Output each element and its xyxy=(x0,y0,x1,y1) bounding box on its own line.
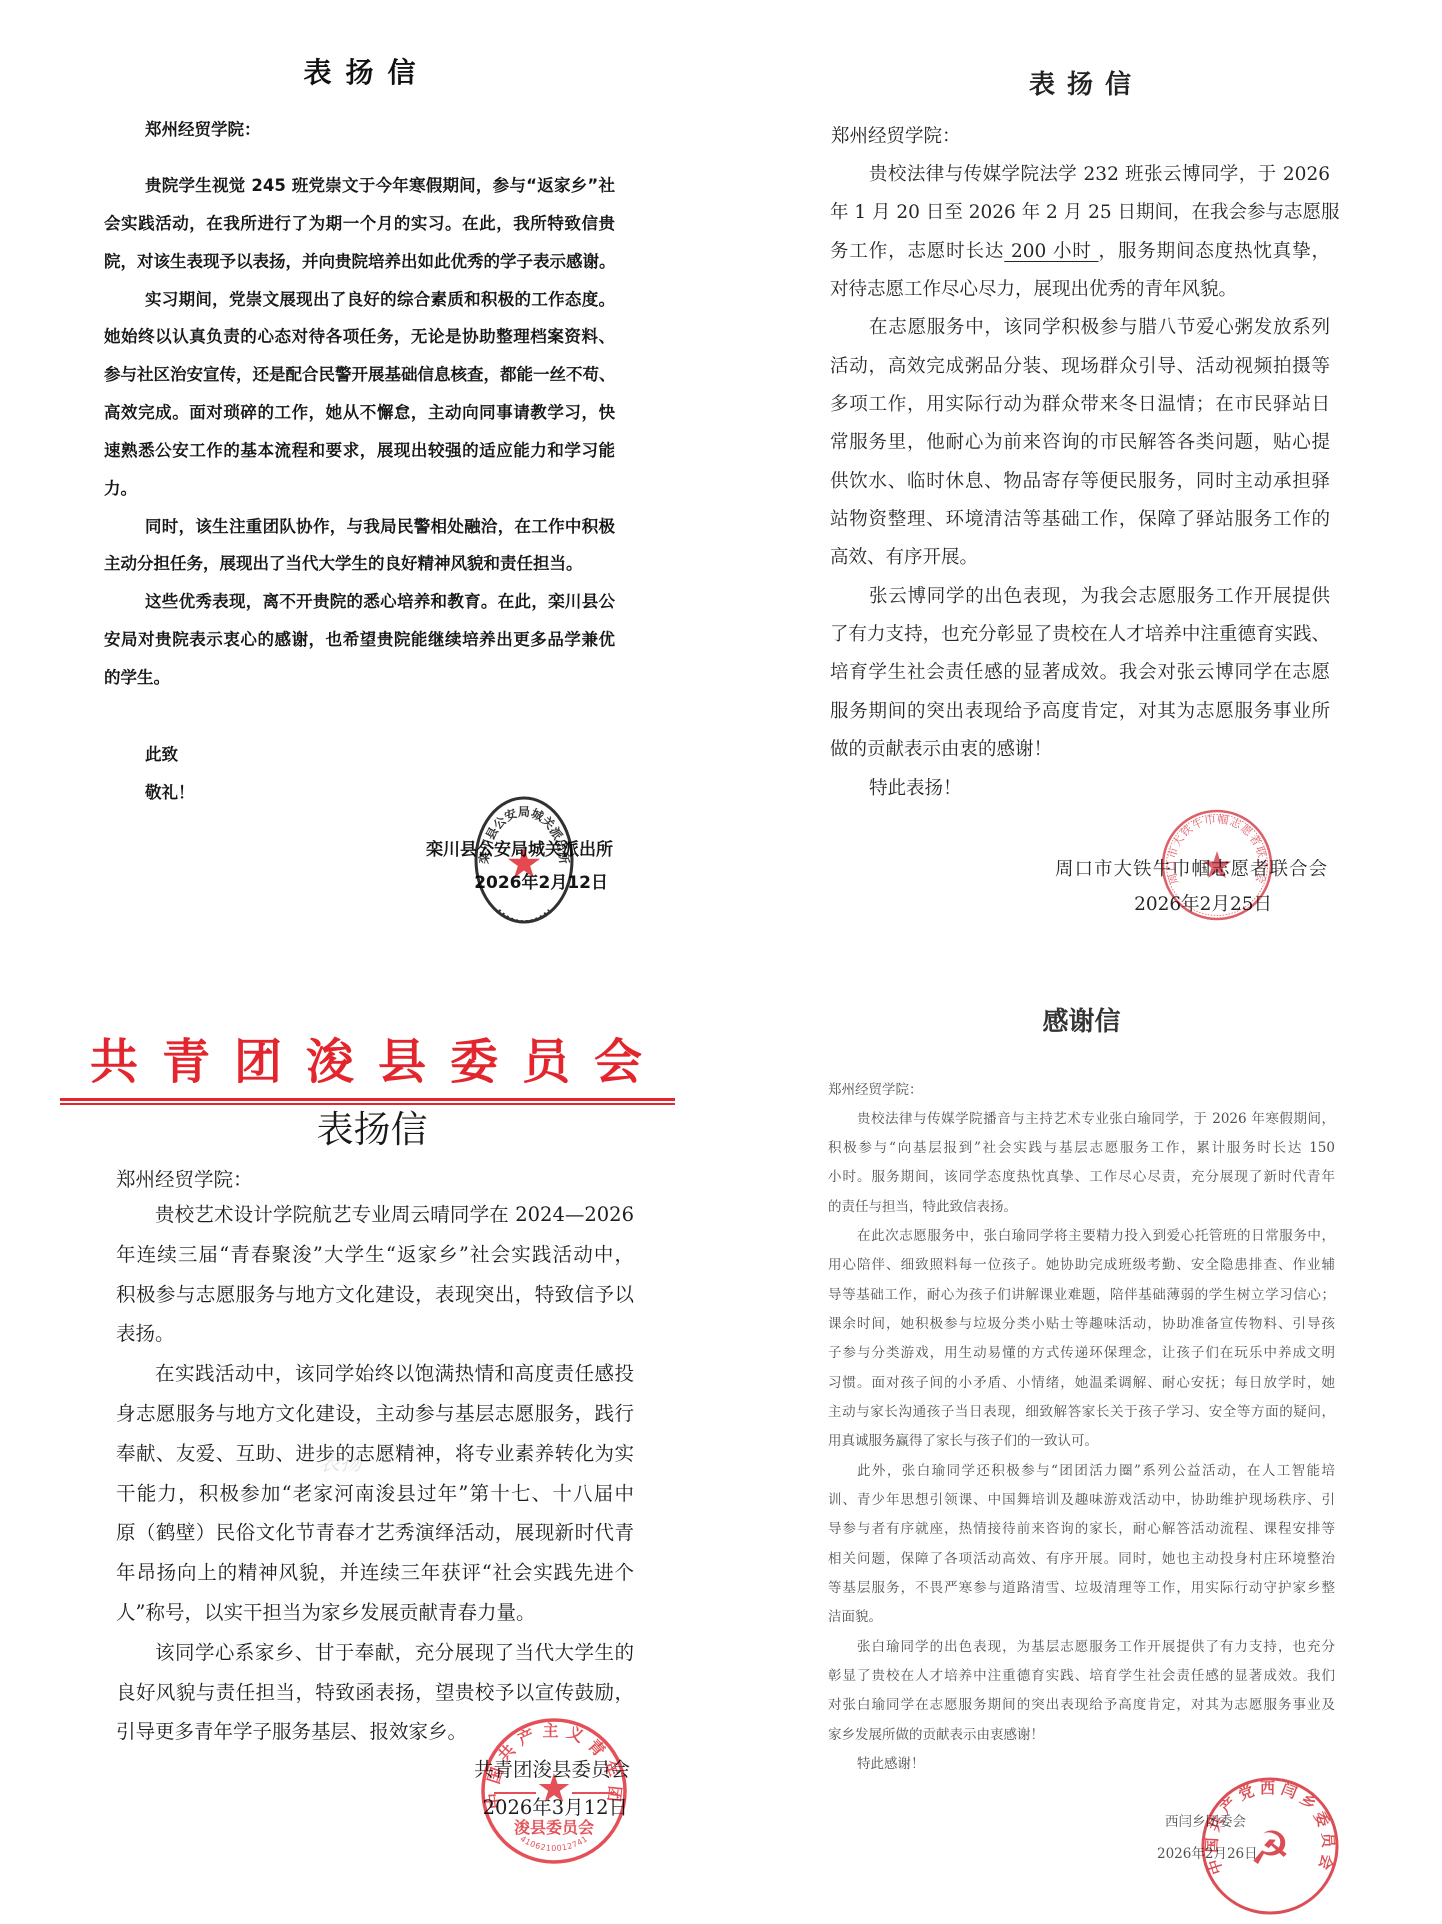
body-line: 训、青少年思想引领课、中国舞培训及趣味游戏活动中，协助维护现场秩序、引 xyxy=(828,1486,1335,1515)
body-line: 了有力支持，也充分彰显了贵校在人才培养中注重德育实践、 xyxy=(830,616,1330,654)
body-line: 原（鹤壁）民俗文化节青春才艺秀演绎活动，展现新时代青 xyxy=(116,1513,634,1553)
body-line: 在志愿服务中，该同学积极参与腊八节爱心粥发放系列 xyxy=(830,309,1330,347)
body-line: 活动，高效完成粥品分装、现场群众引导、活动视频拍摄等 xyxy=(830,348,1330,386)
letterhead-rule xyxy=(60,1098,675,1101)
star-icon xyxy=(1203,851,1232,878)
body-line: 高效完成。面对琐碎的工作，她从不懈怠，主动向同事请教学习，快 xyxy=(104,394,615,432)
body-line: 多项工作，用实际行动为群众带来冬日温情；在市民驿站日 xyxy=(830,386,1330,424)
body-line: 彰显了贵校在人才培养中注重德育实践、培育学生社会责任感的显著成效。我们 xyxy=(828,1662,1335,1691)
letter-title: 表扬信 xyxy=(60,1108,684,1152)
letterhead-rule xyxy=(60,1103,675,1105)
letter-body: 贵校法律与传媒学院法学 232 班张云博同学，于 2026 年 1 月 20 日… xyxy=(830,156,1330,808)
body-line: 贵校艺术设计学院航艺专业周云晴同学在 2024—2026 xyxy=(116,1195,634,1235)
closing-line: 此致 xyxy=(145,736,178,774)
body-line: 身志愿服务与地方文化建设，主动参与基层志愿服务，践行 xyxy=(116,1394,634,1434)
stamp-code: 4106210012741 xyxy=(519,1834,590,1853)
underlined-hours: 200 小时 xyxy=(1004,241,1098,262)
body-line: 此外，张白瑜同学还积极参与“团团活力圈”系列公益活动，在人工智能培 xyxy=(828,1457,1335,1486)
body-line: 站物资整理、环境清洁等基础工作，保障了驿站服务工作的 xyxy=(830,501,1330,539)
body-line: 的责任与担当，特此致信表扬。 xyxy=(828,1193,1335,1222)
official-seal-stamp: 周口市大铁牛巾帼志愿者联合会 xyxy=(1160,808,1274,922)
body-line: 服务期间的突出表现给予高度肯定，对其为志愿服务事业所 xyxy=(830,693,1330,731)
body-line: 高效、有序开展。 xyxy=(830,539,1330,577)
body-line: 做的贡献表示由衷的感谢！ xyxy=(830,731,1330,769)
letter-title: 感谢信 xyxy=(828,1005,1335,1039)
body-line: 参与社区治安宣传，还是配合民警开展基础信息核查，都能一丝不苟、 xyxy=(104,356,615,394)
body-line: 干能力，积极参加“老家河南浚县过年”第十七、十八届中 xyxy=(116,1474,634,1514)
letter-title: 表扬信 xyxy=(830,67,1330,103)
body-line: 速熟悉公安工作的基本流程和要求，展现出较强的适应能力和学习能 xyxy=(104,432,615,470)
body-line: 院，对该生表现予以表扬，并向贵院培养出如此优秀的学子表示感谢。 xyxy=(104,243,615,281)
body-text: ，服务期间态度热忱真挚， xyxy=(1099,241,1330,262)
body-line: 贵院学生视觉 245 班党崇文于今年寒假期间，参与“返家乡”社 xyxy=(104,167,615,205)
stamp-text-top: 中国共产主义青年团 xyxy=(483,1721,625,1810)
body-line: 主动与家长沟通孩子当日表现，细致解答家长关于孩子学习、安全等方面的疑问， xyxy=(828,1398,1335,1427)
letter-title: 表扬信 xyxy=(104,55,615,91)
svg-text:中国共产主义青年团: 中国共产主义青年团 xyxy=(483,1721,625,1810)
body-line: 贵校法律与传媒学院法学 232 班张云博同学，于 2026 xyxy=(830,156,1330,194)
svg-text:4106210012741: 4106210012741 xyxy=(519,1834,590,1853)
official-seal-stamp: 栾川县公安局城关派出所 xyxy=(469,792,579,928)
closing-line: 敬礼！ xyxy=(145,774,195,812)
bleed-through-text: 表扬 xyxy=(318,1446,362,1477)
official-seal-stamp: 中国共产党西闫乡委员会 ☭ xyxy=(1200,1776,1340,1916)
body-line: 良好风貌与责任担当，特致函表扬，望贵校予以宣传鼓励， xyxy=(116,1673,634,1713)
body-line: 务工作，志愿时长达 200 小时 ，服务期间态度热忱真挚， xyxy=(830,233,1330,271)
body-line: 用真诚服务赢得了家长与孩子们的一致认可。 xyxy=(828,1427,1335,1456)
body-line: 供饮水、临时休息、物品寄存等便民服务，同时主动承担驿 xyxy=(830,463,1330,501)
letterhead: 共青团浚县委员会 xyxy=(60,1034,672,1090)
body-line: 奉献、友爱、互助、进步的志愿精神，将专业素养转化为实 xyxy=(116,1434,634,1474)
body-line: 在此次志愿服务中，张白瑜同学将主要精力投入到爱心托管班的日常服务中， xyxy=(828,1222,1335,1251)
body-line: 年 1 月 20 日至 2026 年 2 月 25 日期间，在我会参与志愿服 xyxy=(830,194,1330,232)
salutation: 郑州经贸学院： xyxy=(116,1160,253,1200)
body-line: 导参与者有序就座，热情接待前来咨询的家长，耐心解答活动流程、课程安排等 xyxy=(828,1515,1335,1544)
body-line: 对待志愿工作尽心尽力，展现出优秀的青年风貌。 xyxy=(830,271,1330,309)
body-line: 该同学心系家乡、甘于奉献，充分展现了当代大学生的 xyxy=(116,1633,634,1673)
body-line: 人”称号，以实干担当为家乡发展贡献青春力量。 xyxy=(116,1593,634,1633)
stamp-text: 周口市大铁牛巾帼志愿者联合会 xyxy=(1165,812,1270,886)
body-line: 导等基础工作，耐心为孩子们讲解课业难题，陪伴基础薄弱的学生树立学习信心； xyxy=(828,1281,1335,1310)
stamp-text-middle: 浚县委员会 xyxy=(513,1818,594,1837)
body-line: 同时，该生注重团队协作，与我局民警相处融洽，在工作中积极 xyxy=(104,508,615,546)
body-line: 相关问题，保障了各项活动高效、有序开展。同时，她也主动投身村庄环境整治 xyxy=(828,1545,1335,1574)
star-icon xyxy=(539,1773,569,1802)
body-line: 等基层服务，不畏严寒参与道路清雪、垃圾清理等工作，用实际行动守护家乡整 xyxy=(828,1574,1335,1603)
salutation: 郑州经贸学院： xyxy=(145,111,261,149)
body-line: 对张白瑜同学在志愿服务期间的突出表现给予高度肯定，对其为志愿服务事业及 xyxy=(828,1691,1335,1720)
body-line: 的学生。 xyxy=(104,659,615,697)
body-line: 年连续三届“青春聚浚”大学生“返家乡”社会实践活动中， xyxy=(116,1235,634,1275)
svg-text:周口市大铁牛巾帼志愿者联合会: 周口市大铁牛巾帼志愿者联合会 xyxy=(1165,812,1270,886)
body-line: 子参与分类游戏，用生动易懂的方式传递环保理念，让孩子们在玩乐中养成文明 xyxy=(828,1339,1335,1368)
letter-body: 贵院学生视觉 245 班党崇文于今年寒假期间，参与“返家乡”社 会实践活动，在我… xyxy=(104,167,615,697)
body-line: 安局对贵院表示衷心的感谢，也希望贵院能继续培养出更多品学兼优 xyxy=(104,621,615,659)
body-line: 张白瑜同学的出色表现，为基层志愿服务工作开展提供了有力支持，也充分 xyxy=(828,1633,1335,1662)
body-line: 小时。服务期间，该同学态度热忱真挚、工作尽心尽责，充分展现了新时代青年 xyxy=(828,1163,1335,1192)
body-line: 培育学生社会责任感的显著成效。我会对张云博同学在志愿 xyxy=(830,654,1330,692)
body-text: 务工作，志愿时长达 xyxy=(830,241,1004,262)
body-line: 洁面貌。 xyxy=(828,1603,1335,1632)
body-line: 力。 xyxy=(104,470,615,508)
body-line: 用心陪伴、细致照料每一位孩子。她协助完成班级考勤、安全隐患排查、作业辅 xyxy=(828,1251,1335,1280)
body-line: 家乡发展所做的贡献表示由衷感谢！ xyxy=(828,1721,1335,1750)
salutation: 郑州经贸学院： xyxy=(828,1076,923,1105)
body-line: 常服务里，他耐心为前来咨询的市民解答各类问题，贴心提 xyxy=(830,424,1330,462)
body-line: 会实践活动，在我所进行了为期一个月的实习。在此，我所特致信贵 xyxy=(104,205,615,243)
letter-body: 贵校法律与传媒学院播音与主持艺术专业张白瑜同学，于 2026 年寒假期间， 积极… xyxy=(828,1105,1335,1780)
body-line: 年昂扬向上的精神风貌，并连续三年获评“社会实践先进个 xyxy=(116,1553,634,1593)
hammer-and-sickle-icon: ☭ xyxy=(1249,1821,1290,1875)
salutation: 郑州经贸学院： xyxy=(831,118,961,156)
body-line: 贵校法律与传媒学院播音与主持艺术专业张白瑜同学，于 2026 年寒假期间， xyxy=(828,1105,1335,1134)
body-line: 张云博同学的出色表现，为我会志愿服务工作开展提供 xyxy=(830,578,1330,616)
body-line: 在实践活动中，该同学始终以饱满热情和高度责任感投 xyxy=(116,1354,634,1394)
body-line: 积极参与“向基层报到”社会实践与基层志愿服务工作，累计服务时长达 150 xyxy=(828,1134,1335,1163)
body-line: 课余时间，她积极参与垃圾分类小贴士等趣味活动，协助准备宣传物料、引导孩 xyxy=(828,1310,1335,1339)
body-line: 主动分担任务，展现出了当代大学生的良好精神风貌和责任担当。 xyxy=(104,545,615,583)
body-line: 习惯。面对孩子间的小矛盾、小情绪，她温柔调解、耐心安抚；每日放学时，她 xyxy=(828,1369,1335,1398)
body-line: 特此感谢！ xyxy=(828,1750,1335,1779)
body-line: 表扬。 xyxy=(116,1314,634,1354)
official-seal-stamp: 中国共产主义青年团 浚县委员会 4106210012741 xyxy=(480,1717,628,1865)
body-line: 积极参与志愿服务与地方文化建设，表现突出，特致信予以 xyxy=(116,1275,634,1315)
body-line: 她始终以认真负责的心态对待各项任务，无论是协助整理档案资料、 xyxy=(104,318,615,356)
body-line: 这些优秀表现，离不开贵院的悉心培养和教育。在此，栾川县公 xyxy=(104,583,615,621)
star-icon xyxy=(508,847,540,878)
body-line: 特此表扬！ xyxy=(830,770,1330,808)
body-line: 实习期间，党崇文展现出了良好的综合素质和积极的工作态度。 xyxy=(104,281,615,319)
letter-body: 贵校艺术设计学院航艺专业周云晴同学在 2024—2026 年连续三届“青春聚浚”… xyxy=(116,1195,634,1752)
